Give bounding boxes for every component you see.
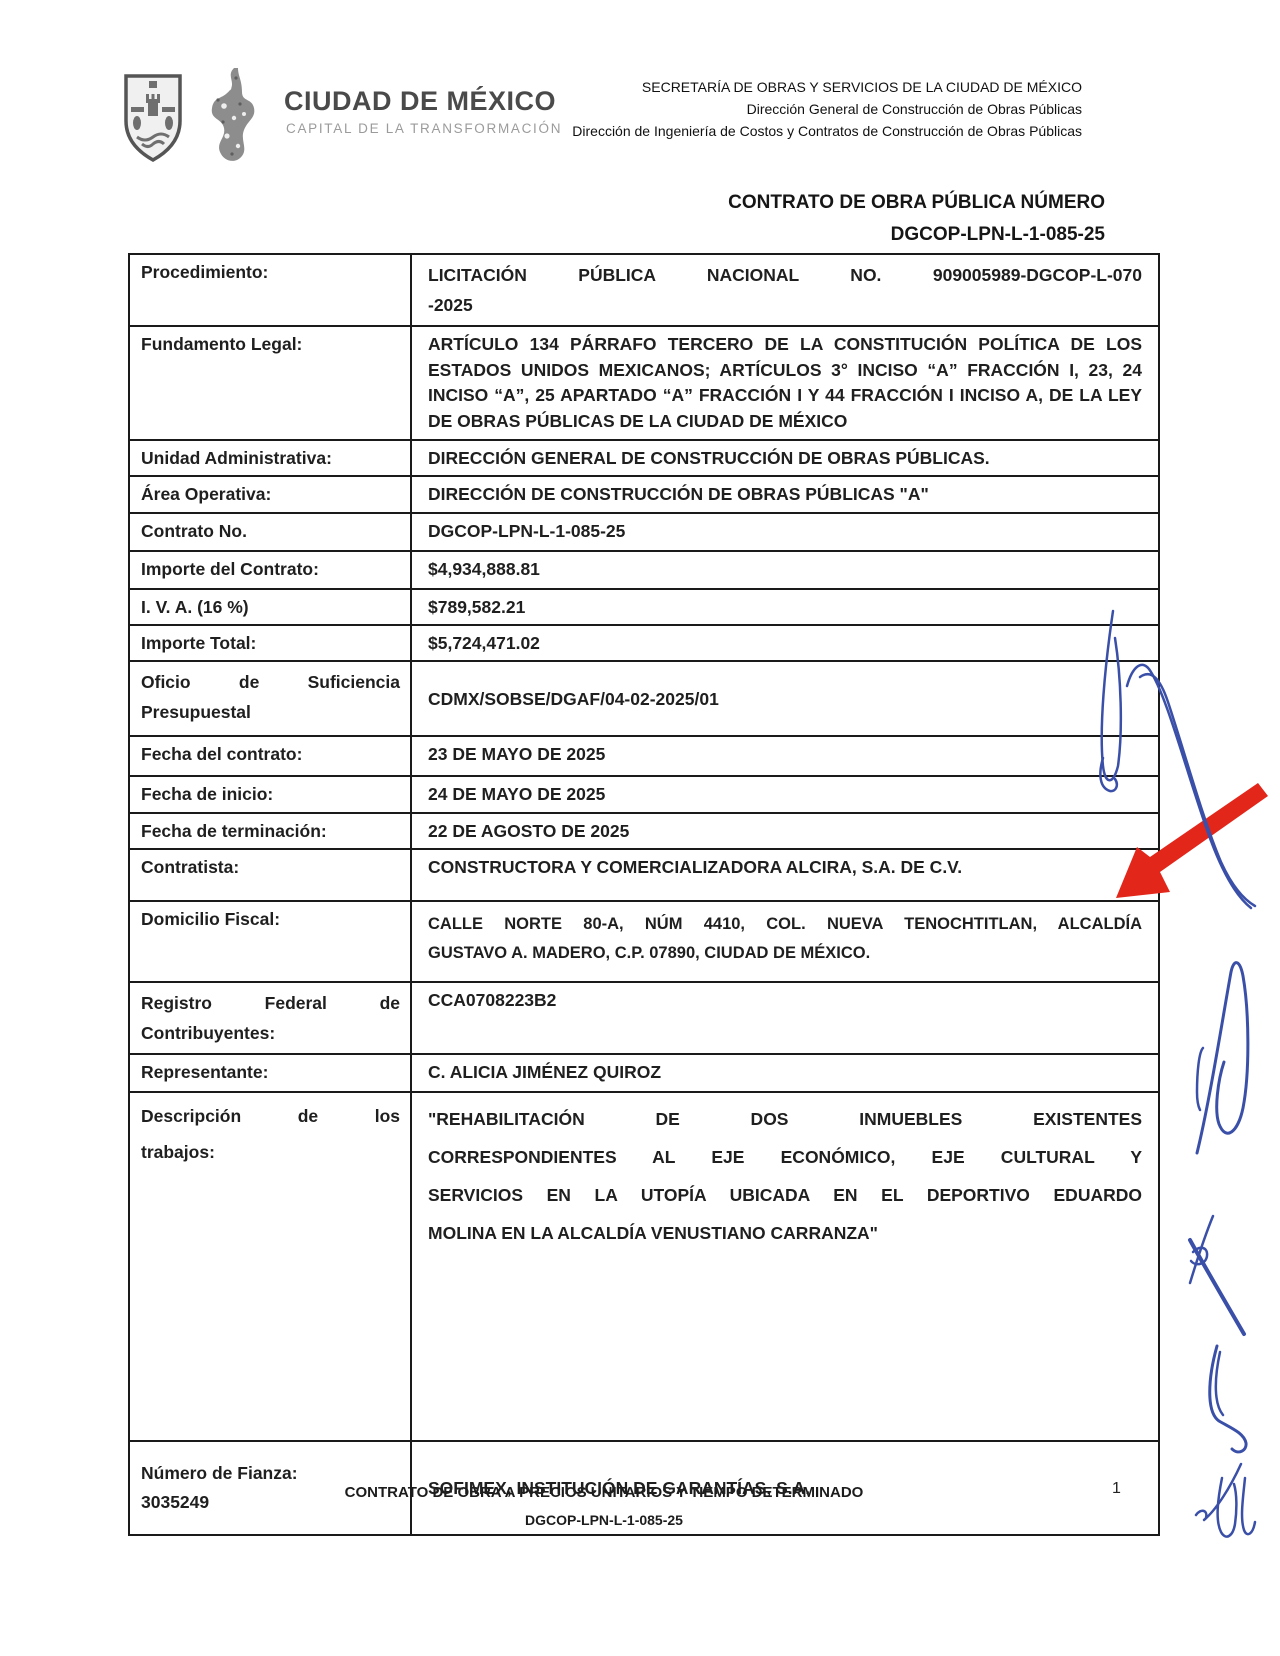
row-label: Importe Total: [130, 626, 412, 660]
cdmx-coat-of-arms-icon [123, 73, 183, 163]
row-label: Unidad Administrativa: [130, 441, 412, 475]
row-value: 22 DE AGOSTO DE 2025 [412, 814, 1158, 848]
table-row-importe-contrato: Importe del Contrato: $4,934,888.81 [130, 550, 1158, 588]
row-value: SOFIMEX, INSTITUCIÓN DE GARANTÍAS, S.A. [412, 1442, 1158, 1534]
row-label: Procedimiento: [130, 255, 412, 325]
signature-squiggle-1b [1197, 1048, 1203, 1110]
signature-squiggle-4b [1218, 1478, 1237, 1537]
table-row-rfc: Registro Federal deContribuyentes: CCA07… [130, 981, 1158, 1053]
row-value: 24 DE MAYO DE 2025 [412, 777, 1158, 812]
table-row-fundamento-legal: Fundamento Legal: ARTÍCULO 134 PÁRRAFO T… [130, 325, 1158, 439]
row-value: DGCOP-LPN-L-1-085-25 [412, 514, 1158, 550]
row-value: CCA0708223B2 [412, 983, 1158, 1053]
row-label: Fecha del contrato: [130, 737, 412, 775]
row-value: ARTÍCULO 134 PÁRRAFO TERCERO DE LA CONST… [412, 327, 1158, 439]
row-value: $789,582.21 [412, 590, 1158, 624]
table-row-contrato-no: Contrato No. DGCOP-LPN-L-1-085-25 [130, 512, 1158, 550]
row-value: CONSTRUCTORA Y COMERCIALIZADORA ALCIRA, … [412, 850, 1158, 900]
signature-squiggle-1 [1197, 963, 1248, 1153]
signature-squiggle-2a [1190, 1216, 1213, 1283]
row-value: CALLE NORTE 80-A, NÚM 4410, COL. NUEVA T… [412, 902, 1158, 981]
document-title-line1: CONTRATO DE OBRA PÚBLICA NÚMERO [728, 187, 1105, 219]
table-row-numero-fianza: Número de Fianza:3035249 SOFIMEX, INSTIT… [130, 1440, 1158, 1534]
table-row-fecha-inicio: Fecha de inicio: 24 DE MAYO DE 2025 [130, 775, 1158, 812]
row-label: Contrato No. [130, 514, 412, 550]
table-row-representante: Representante: C. ALICIA JIMÉNEZ QUIROZ [130, 1053, 1158, 1091]
row-label: Área Operativa: [130, 477, 412, 512]
row-label: Importe del Contrato: [130, 552, 412, 588]
row-label: Fecha de inicio: [130, 777, 412, 812]
row-value: "REHABILITACIÓN DE DOS INMUEBLES EXISTEN… [412, 1093, 1158, 1440]
row-value: C. ALICIA JIMÉNEZ QUIROZ [412, 1055, 1158, 1091]
document-title-line2: DGCOP-LPN-L-1-085-25 [728, 219, 1105, 251]
scanned-contract-page: CIUDAD DE MÉXICO CAPITAL DE LA TRANSFORM… [0, 0, 1280, 1656]
row-label: Fecha de terminación: [130, 814, 412, 848]
table-row-contratista: Contratista: CONSTRUCTORA Y COMERCIALIZA… [130, 848, 1158, 900]
row-value: LICITACIÓN PÚBLICA NACIONAL NO. 90900598… [412, 255, 1158, 325]
agency-line-1: SECRETARÍA DE OBRAS Y SERVICIOS DE LA CI… [572, 76, 1082, 98]
agency-line-2: Dirección General de Construcción de Obr… [572, 98, 1082, 120]
signature-squiggle-3b [1216, 1352, 1223, 1415]
table-row-descripcion-trabajos: Descripción de lostrabajos: "REHABILITAC… [130, 1091, 1158, 1440]
table-row-domicilio-fiscal: Domicilio Fiscal: CALLE NORTE 80-A, NÚM … [130, 900, 1158, 981]
table-row-unidad-administrativa: Unidad Administrativa: DIRECCIÓN GENERAL… [130, 439, 1158, 475]
signature-squiggle-2c [1191, 1248, 1207, 1264]
row-label: Representante: [130, 1055, 412, 1091]
row-value: $5,724,471.02 [412, 626, 1158, 660]
signature-squiggle-4a [1204, 1464, 1241, 1520]
row-label: Domicilio Fiscal: [130, 902, 412, 981]
row-label: I. V. A. (16 %) [130, 590, 412, 624]
row-value: 23 DE MAYO DE 2025 [412, 737, 1158, 775]
brand-subtitle: CAPITAL DE LA TRANSFORMACIÓN [286, 121, 562, 136]
row-label: Fundamento Legal: [130, 327, 412, 439]
table-row-oficio-suficiencia: Oficio de SuficienciaPresupuestal CDMX/S… [130, 660, 1158, 735]
row-label: Oficio de SuficienciaPresupuestal [130, 662, 412, 735]
agency-header: SECRETARÍA DE OBRAS Y SERVICIOS DE LA CI… [572, 76, 1082, 142]
table-row-fecha-contrato: Fecha del contrato: 23 DE MAYO DE 2025 [130, 735, 1158, 775]
row-value: $4,934,888.81 [412, 552, 1158, 588]
row-label: Descripción de lostrabajos: [130, 1093, 412, 1440]
row-label: Número de Fianza:3035249 [130, 1442, 412, 1534]
signature-squiggle-3a [1210, 1346, 1246, 1452]
table-row-fecha-terminacion: Fecha de terminación: 22 DE AGOSTO DE 20… [130, 812, 1158, 848]
signature-squiggle-2b [1190, 1240, 1244, 1334]
signature-squiggle-4c [1242, 1478, 1255, 1534]
cdmx-eagle-icon [196, 62, 268, 168]
table-row-area-operativa: Área Operativa: DIRECCIÓN DE CONSTRUCCIÓ… [130, 475, 1158, 512]
table-row-importe-total: Importe Total: $5,724,471.02 [130, 624, 1158, 660]
row-label: Contratista: [130, 850, 412, 900]
table-row-iva: I. V. A. (16 %) $789,582.21 [130, 588, 1158, 624]
table-row-procedimiento: Procedimiento: LICITACIÓN PÚBLICA NACION… [130, 255, 1158, 325]
row-label: Registro Federal deContribuyentes: [130, 983, 412, 1053]
row-value: CDMX/SOBSE/DGAF/04-02-2025/01 [412, 662, 1158, 735]
document-title: CONTRATO DE OBRA PÚBLICA NÚMERO DGCOP-LP… [728, 187, 1105, 251]
row-value: DIRECCIÓN GENERAL DE CONSTRUCCIÓN DE OBR… [412, 441, 1158, 475]
agency-line-3: Dirección de Ingeniería de Costos y Cont… [572, 120, 1082, 142]
brand-title: CIUDAD DE MÉXICO [284, 86, 556, 117]
row-value: DIRECCIÓN DE CONSTRUCCIÓN DE OBRAS PÚBLI… [412, 477, 1158, 512]
contract-table: Procedimiento: LICITACIÓN PÚBLICA NACION… [128, 253, 1160, 1536]
